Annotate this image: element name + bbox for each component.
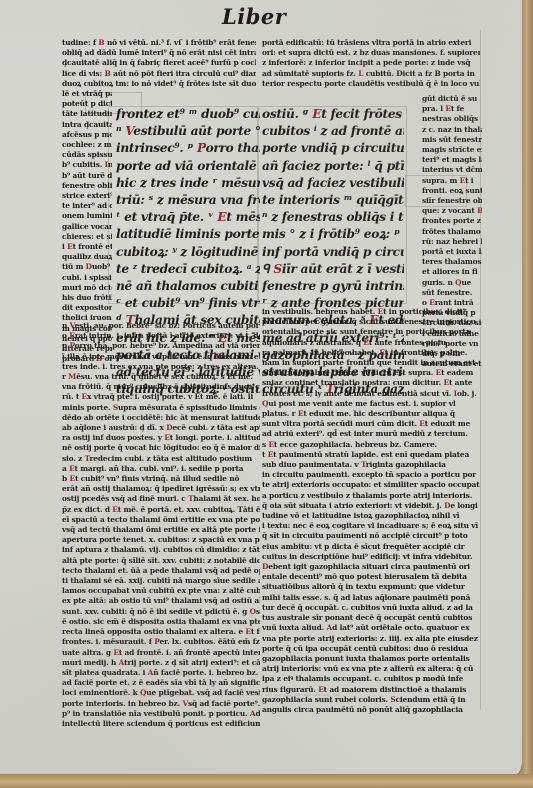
- text-line: Qui post me venit ante me factus est. i.…: [262, 399, 480, 409]
- rubricated-initial: B: [105, 69, 111, 78]
- top-gloss-right: portā edificatū: tū trāsiens vltra portā…: [262, 38, 480, 89]
- rubricated-initial: E: [67, 242, 72, 251]
- text-line: in vestibulis. hebreus habet. Et in port…: [262, 307, 480, 317]
- text-line: qualibz duaꝝ frō: [62, 252, 112, 262]
- text-line: z inferiorē: z inferior incipit a pede p…: [262, 58, 480, 68]
- rubricated-initial: V: [125, 124, 133, 138]
- text-line: lice dī vis: B aūt nō pōt fieri itra cir…: [62, 69, 256, 79]
- rubricated-initial: O: [250, 607, 256, 616]
- text-line: siīr fenestre obli: [422, 196, 482, 206]
- text-line: porte q̄ cū ipa occupāt centū cubitos: d…: [262, 644, 480, 654]
- text-line: vsq̄ ad tectū thalami ōmi ertitie ex alt…: [62, 525, 260, 535]
- text-line: frontes porte z: [422, 216, 482, 226]
- text-line: sūt fenestre.: [422, 288, 482, 298]
- text-line: poteūt p dictis ē: [62, 99, 112, 109]
- text-line: ab aq̄lone i austrū: ḑ dī. x Decē cubi. …: [62, 423, 260, 433]
- rubricated-initial: M: [68, 372, 76, 381]
- text-line: cubi. i spissitudīe: [62, 273, 112, 283]
- text-line: sunt vltra portā secūdi muri cūm dicit. …: [262, 419, 480, 429]
- text-line: que: z vocant B: [422, 206, 482, 216]
- rubricated-initial: E: [69, 331, 74, 340]
- text-line: dēdo ab oriēte i occidētē: hic āt mensur…: [62, 413, 260, 423]
- text-line: tecto thalami et. ūā a pede thalami vsq̄…: [62, 566, 260, 576]
- text-line: teri⁹ et magis late: [422, 155, 482, 165]
- text-line: ḑcauitatē aliq̄ in q̄ fabriç fieret aceē…: [62, 58, 256, 68]
- text-line: frontes. i. mēsurauit. f Per. lx. cubito…: [62, 637, 260, 647]
- rubricated-initial: E: [82, 392, 87, 401]
- rubricated-initial: E: [363, 338, 368, 347]
- text-line: ipa z eiꝰ thalamis occupant. c. cubitos …: [262, 674, 480, 684]
- text-line: mihi talis esse. s. q̄ ad latus aq̄lonar…: [262, 593, 480, 603]
- text-line: te inter⁹ ad diffusi: [62, 201, 112, 211]
- rubricated-initial: E: [460, 176, 465, 185]
- text-line: vnū iuxta aliud. Ad lat⁹ aūt oriētale oc…: [262, 623, 480, 633]
- text-line: ti thalami sē eā. xxij. cubitī nā margo …: [62, 576, 260, 586]
- running-header-text: Liber: [222, 4, 286, 29]
- text-line: triū: ˢ z mēsura vna frontiū: [116, 192, 260, 209]
- text-line: b⁹ aūt turē dīfiunt: [62, 171, 112, 181]
- text-line: gallice vocant ar: [62, 222, 112, 232]
- text-line: ra palmarū. in hebreo habet. Et in front…: [262, 348, 480, 358]
- text-line: sunt. xxv. cubiti: q̄ nō ē ibi sedile vt…: [62, 607, 260, 617]
- text-line: minis porte. Supra mēsurata ē spissitudo…: [62, 403, 260, 413]
- wood-background-right: [522, 0, 533, 788]
- text-line: ᵗ et vtraq̄ p̄te. ᵛ Et mēsus ē: [116, 209, 260, 226]
- text-line: angulis circa pauimētū nō ponūt aliq̄ ga…: [262, 705, 480, 715]
- text-line: ostij pcedēs vsq̄ ad finē muri. c Thalam…: [62, 494, 260, 504]
- text-line: tres inde. i. tres ex vna pte porte: z t…: [62, 362, 260, 372]
- text-line: tāte latitudinis q̄: [62, 109, 112, 119]
- text-line: strice exteri⁹ z la: [62, 191, 112, 201]
- text-line: p Porro tha. por. hebre⁹ bz. Ampedina ad…: [62, 341, 260, 351]
- text-line: ostiū. ᵍ Et fecit frōtes ʰ p. lx.: [262, 106, 404, 123]
- text-line: pra. l Et fe: [422, 104, 482, 114]
- text-line: lē et vtrāq̄ parte: [62, 89, 112, 99]
- text-line: intrinsec⁹. ᵖ Porro thalami: [116, 140, 260, 157]
- text-line: ⁿ z fenestras obliq̄s i thala: [262, 209, 404, 226]
- rubricated-initial: A: [250, 709, 256, 718]
- text-line: nē añ thalamos cubiti vni ᵇ: [116, 278, 260, 295]
- text-line: afcēsus p modum: [62, 130, 112, 140]
- text-line: inf aptura z thalamū. vij. cubitos cū di…: [62, 545, 260, 555]
- text-line: guris. n Que: [422, 278, 482, 288]
- rubricated-initial: S: [113, 403, 118, 412]
- text-line: ᑫ Siīr aūt erāt z ī vestibul: [262, 261, 404, 278]
- rubricated-initial: E: [113, 648, 118, 657]
- text-line: z c. naz in thala: [422, 125, 482, 135]
- text-line: porte vndiq̄ p circuitu: ᵏ z: [262, 140, 404, 157]
- text-line: rū. t Ex vtraq̄ pte. i. ostij porte. v E…: [62, 392, 260, 402]
- text-line: rū: naz hebrei bz: [422, 237, 482, 247]
- rubricated-initial: B: [98, 38, 104, 47]
- text-line: ra ostij inf duos postes. y Et longi. po…: [62, 433, 260, 443]
- text-line: apertura porte tenet. x. cubitos: z spac…: [62, 535, 260, 545]
- text-line: altā pte porte: q̄ sīliē sīt. xxv. cubit…: [62, 556, 260, 566]
- text-line: uate altra. g Et ad frontē. i. añ frontē…: [62, 648, 260, 658]
- rubricated-initial: B: [477, 206, 482, 215]
- rubricated-initial: D: [262, 562, 268, 571]
- wood-background-bottom: [0, 774, 533, 788]
- text-line: ī illa ē ipte mēsurabat vt pdictum ē. q …: [62, 352, 260, 362]
- rubricated-initial: E: [164, 433, 169, 442]
- rubricated-initial: P: [197, 141, 206, 155]
- text-line: ⁿ Vestibulū aūt porte ° erat: [116, 123, 260, 140]
- text-line: muri mō dctō. De: [62, 283, 112, 293]
- text-line: t Et pauimentū stratū lapide. est enī qu…: [262, 450, 480, 460]
- text-line: lamos occupabat vnū cubitū ex pte vna: z…: [62, 586, 260, 596]
- text-line: porte ad viā orientalē ᑫ tres: [116, 158, 260, 175]
- text-line: vsq̄ ad faciez vestibuli por: [262, 175, 404, 192]
- text-line: recta lineā opposita ostio thalami ex al…: [62, 627, 260, 637]
- text-line: sio. z Tredecim cubi. z tāta est altitud…: [62, 454, 260, 464]
- text-line: a Et margi. añ tha. cubi. vni⁹. i. sedil…: [62, 464, 260, 474]
- text-line: te ᶻ tredecī cubitoꝝ. ᵃ z margi: [116, 261, 260, 278]
- text-line: ex pte altā: ab ostio tū vni⁹ thalami vs…: [62, 596, 260, 606]
- text-line: Debent igit gazophilacia situari circa p…: [262, 562, 480, 572]
- text-line: i textu: nec ē eoꝝ cogitare vl incadiuar…: [262, 521, 480, 531]
- text-line: onem luminis: et: [62, 211, 112, 221]
- rubricated-initial: Q: [455, 278, 461, 287]
- text-line: b Et cubit⁹ vn⁹ finis vtrinq̄. nā illud …: [62, 474, 260, 484]
- rubricated-initial: E: [217, 210, 226, 224]
- rubricated-initial: T: [361, 460, 366, 469]
- text-line: i Et frontē et⁹ ḑ.: [62, 242, 112, 252]
- rubricated-initial: E: [436, 368, 441, 377]
- text-line: in circuitu pauimenti. excepto tñ spacio…: [262, 470, 480, 480]
- text-line: s Et ecce gazophilacia. hebreus bz. Came…: [262, 440, 480, 450]
- rubricated-initial: E: [268, 440, 273, 449]
- text-line: mis sūt fenestre: [422, 135, 482, 145]
- text-line: aquilonaris z australis. q Et ante front…: [262, 338, 480, 348]
- rubricated-initial: T: [188, 494, 193, 503]
- text-line: tudine: f B nō vi vētū. ni.³ f. vi ̄ i f…: [62, 38, 256, 48]
- text-line: magis strīcte ex: [422, 145, 482, 155]
- rubricated-initial: A: [327, 623, 333, 632]
- text-line: orientalis porte sic sunt fenestre in po…: [262, 327, 480, 337]
- rubricated-initial: E: [378, 307, 383, 316]
- lower-gloss-left: n Vesti. au. por. hebre⁹ sic bz: Porticu…: [62, 321, 260, 729]
- rubricated-initial: I: [105, 160, 108, 169]
- text-line: portā et iuxta la: [422, 247, 482, 257]
- text-line: fenestre p gyrū intrinsecus: [262, 278, 404, 295]
- rubricated-initial: E: [443, 378, 448, 387]
- text-line: p⁹ in translatiōe nīa vestibulū ponit. p…: [62, 709, 260, 719]
- text-line: latitudiē liminis porte ˣ decē: [116, 226, 260, 243]
- text-line: ori: et supra dictū est. z bz duas mansi…: [262, 48, 480, 58]
- text-line: eius ambitu: vt p dicta ē sīcut frequēte…: [262, 542, 480, 552]
- text-line: atrij interioris: vnū ex vna pte z alter…: [262, 664, 480, 674]
- text-line: frontes et. s; ly ante denotat eminentiā…: [262, 389, 480, 399]
- text-line: platus. r Et eduxit me. hic describuntur…: [262, 409, 480, 419]
- text-line: cubitos ⁱ z ad frontē atriū: [262, 123, 404, 140]
- running-header: Liber: [222, 4, 286, 29]
- rubricated-initial: E: [112, 505, 117, 514]
- text-line: mis ° z i frōtib⁹ eoꝝ: ᵖ q̄ erāt: [262, 226, 404, 243]
- text-line: fenestre oblique. i.: [62, 181, 112, 191]
- text-line: supra. m Et i: [422, 176, 482, 186]
- text-line: r Mēsu. vna triū. q̄ ḑlibet ē sex cubito…: [62, 372, 260, 382]
- rubricated-initial: E: [379, 348, 384, 357]
- text-line: tus australe sīr ponant decē q̄ occupāt …: [262, 613, 480, 623]
- rubricated-initial: T: [214, 352, 219, 361]
- text-line: añ faciez porte: ˡ q̄ ptīgebat: [262, 158, 404, 175]
- bleed-through-text: — — — — — — — — — — — — — — — — — — — — …: [120, 690, 460, 700]
- text-line: chieres: et sic vī.: [62, 232, 112, 242]
- rubricated-initial: P: [154, 637, 159, 646]
- manuscript-page: Liber tudine: f B nō vi vētū. ni.³ f. vi…: [0, 0, 522, 774]
- rubricated-initial: E: [69, 474, 74, 483]
- text-line: tiū m Duob⁹: [62, 262, 112, 272]
- text-line: portā edificatū: tū trāsiens vltra portā…: [262, 38, 480, 48]
- text-line: entale decenti⁹ mō quo potest hierusalem…: [262, 572, 480, 582]
- text-line: vna pte porte atrij exterioris: z. iiij.…: [262, 634, 480, 644]
- text-line: obliq̄ ad dādū lumē interi⁹ q̄ nō erāt n…: [62, 48, 256, 58]
- text-line: a porticu z vestibulo z thalamis porte a…: [262, 491, 480, 501]
- text-line: inf portā vndiq̄ p circuitū: [262, 244, 404, 261]
- text-line: similitudo palme celata: vt dictū est su…: [262, 368, 480, 378]
- text-line: dit expositores ca: [62, 303, 112, 313]
- rubricated-initial: V: [70, 321, 75, 330]
- text-line: sniaz continet translatio nostra: cum di…: [262, 378, 480, 388]
- text-line: ad sūmitatē supioris fz. L cubitū. Dicit…: [262, 69, 480, 79]
- text-line: situatiōibus aliorū q̄ in textu expmunt:…: [262, 582, 480, 592]
- text-line: b⁹ cubitis. In tali: [62, 160, 112, 170]
- rubricated-initial: D: [444, 501, 450, 510]
- text-line: ad atriū exteri⁹. qd̄ est inter murū med…: [262, 429, 480, 439]
- rubricated-initial: D: [166, 423, 172, 432]
- rubricated-initial: I: [454, 389, 457, 398]
- lower-gloss-right: in vestibulis. hebreus habet. Et in port…: [262, 307, 480, 715]
- text-line: sīt platea quadrata. i Añ faciē porte. i…: [62, 668, 260, 678]
- text-line: frontez et⁹ ᵐ duob⁹ cubitis.: [116, 106, 260, 123]
- text-line: cūdās spissus duo: [62, 150, 112, 160]
- text-line: vna frōtiū. q̄ mur⁹ cuiuslibz ē spissitu…: [62, 382, 260, 392]
- text-line: nē ostij porte q̄ vocat hic lōgitudo: eo…: [62, 443, 260, 453]
- text-line: te interioris ᵐ quīq̄gīta cubitos: [262, 192, 404, 209]
- text-line: eī spaciū a tecto thalami ōmi ertitie ex…: [62, 515, 260, 525]
- rubricated-initial: P: [69, 341, 74, 350]
- text-line: frōtes thalamo: [422, 227, 482, 237]
- text-line: fronti. eoꝝ sunt: [422, 186, 482, 196]
- text-line: cuitus in descriptiōne hui⁹ edificij: vt…: [262, 552, 480, 562]
- rubricated-initial: T: [85, 454, 90, 463]
- text-line: tudine vō et latitudine istoꝝ gazophilac…: [262, 511, 480, 521]
- text-line: terior respectu porte claudētis vestibul…: [262, 79, 480, 89]
- text-line: tur decē q̄ occupāt. c. cubitos vnū iuxt…: [262, 603, 480, 613]
- text-line: erāt añ ostij thalamoꝝ: q̄ ipedīret igrē…: [62, 484, 260, 494]
- rubricated-initial: E: [69, 464, 74, 473]
- text-line: n Vesti. au. por. hebre⁹ sic bz: Porticu…: [62, 321, 260, 331]
- rubricated-initial: E: [429, 298, 434, 307]
- rubricated-initial: E: [268, 450, 273, 459]
- text-line: ᶜ et cubit⁹ vn⁹ finis vtrinq̄.: [116, 295, 260, 312]
- text-line: nestras obliq̄s: [422, 114, 482, 124]
- text-line: hic z tres inde ʳ mēsura vna: [116, 175, 260, 192]
- text-line: nam in supiori parte frontiū que tendit …: [262, 358, 480, 368]
- text-line: p̄z ex dict. d Et mē. ē portā. et. xxv. …: [62, 505, 260, 515]
- text-line: porticibus per gyrum: q̄ sicut sunt fene…: [262, 317, 480, 327]
- text-line: cochlee: z mur⁹ cir: [62, 140, 112, 150]
- rubricated-initial: S: [273, 262, 282, 276]
- text-line: q̄ oia sūt situata i atrio exteriori: vt…: [262, 501, 480, 511]
- rubricated-initial: L: [358, 69, 363, 78]
- text-line: q̄ sīt in circuitu pauimenti nō accipiē …: [262, 531, 480, 541]
- text-line: his duo frōtib⁹ vi: [62, 293, 112, 303]
- text-line: ē ostio. sic em̄ ē disposita ostia thala…: [62, 617, 260, 627]
- rubricated-initial: A: [119, 658, 124, 667]
- text-line: teres thalamos: [422, 257, 482, 267]
- text-line: gūt dictū ē su: [422, 94, 482, 104]
- text-line: duoꝝ cubitoꝝ tm: io nō videt⁹ q̄ frōtes …: [62, 79, 256, 89]
- text-line: muri medij. h Atrij porte. z ḑ sīt atrij…: [62, 658, 260, 668]
- text-line: interius vt dc̄m ē: [422, 165, 482, 175]
- text-line: gazophilacia ponunt iuxta thalamos porte…: [262, 654, 480, 664]
- rubricated-initial: E: [312, 107, 321, 121]
- rubricated-initial: A: [148, 668, 154, 677]
- text-line: ad faciē porte et. z ē eadēs sīa vbī tā …: [62, 678, 260, 688]
- text-line: intellectū litere sciendum q̄ porticus e…: [62, 719, 260, 729]
- text-line: et aliores in fi: [422, 267, 482, 277]
- rubricated-initial: E: [419, 419, 424, 428]
- text-line: intra ḑcauitatē sit: [62, 120, 112, 130]
- rubricated-initial: D: [86, 262, 92, 271]
- text-line: sub diuo pauimentata. v Triginta gazophi…: [262, 460, 480, 470]
- text-line: o Erat intrin. i. intra portā ī atrio ex…: [62, 331, 260, 341]
- top-gloss-left: tudine: f B nō vi vētū. ni.³ f. vi ̄ i f…: [62, 38, 256, 89]
- text-line: cubitoꝝ: ʸ z lōgitudinē por: [116, 244, 260, 261]
- rubricated-initial: E: [245, 627, 250, 636]
- rubricated-initial: E: [298, 409, 303, 418]
- rubricated-initial: Q: [262, 399, 268, 408]
- text-line: te atrij exterioris occupato: et similit…: [262, 480, 480, 490]
- rubricated-initial: E: [445, 104, 450, 113]
